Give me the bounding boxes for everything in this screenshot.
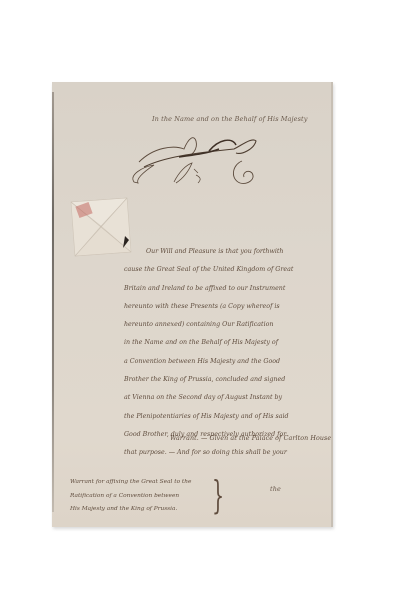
body-line: hereunto with these Presents (a Copy whe… — [124, 298, 329, 316]
closing-line: Warrant. — Given at the Palace of Carlto… — [170, 435, 331, 442]
body-line: in the Name and on the Behalf of His Maj… — [124, 334, 329, 352]
body-line: that purpose. — And for so doing this sh… — [124, 444, 329, 462]
page-left-edge — [52, 92, 54, 512]
body-line: at Vienna on the Second day of August In… — [124, 389, 329, 407]
page-right-edge — [331, 82, 333, 527]
body-line: Britain and Ireland to be affixed to our… — [124, 280, 329, 298]
body-line: a Convention between His Majesty and the… — [124, 353, 329, 371]
docket-line: Warrant for affixing the Great Seal to t… — [70, 476, 205, 490]
header-line: In the Name and on the Behalf of His Maj… — [152, 115, 308, 123]
warrant-body: Our Will and Pleasure is that you forthw… — [124, 243, 329, 463]
body-line: Our Will and Pleasure is that you forthw… — [124, 243, 329, 261]
body-line: Brother the King of Prussia, concluded a… — [124, 371, 329, 389]
body-line: hereunto annexed) containing Our Ratific… — [124, 316, 329, 334]
docket-line: Ratification of a Convention between — [70, 490, 205, 504]
manuscript-page: In the Name and on the Behalf of His Maj… — [52, 82, 333, 527]
royal-signature: George P.R. — [124, 127, 274, 187]
body-line: the Plenipotentiaries of His Majesty and… — [124, 408, 329, 426]
docket-line: His Majesty and the King of Prussia. — [70, 503, 205, 517]
docket-note: Warrant for affixing the Great Seal to t… — [70, 476, 205, 517]
body-line: cause the Great Seal of the United Kingd… — [124, 261, 329, 279]
catchword: the — [270, 485, 281, 493]
brace-mark: } — [212, 475, 224, 515]
